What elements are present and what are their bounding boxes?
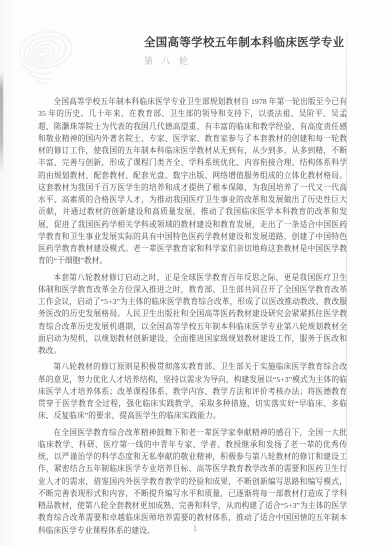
page-header: 全国高等学校五年制本科临床医学专业 第 八 轮 xyxy=(144,34,348,67)
series-title: 全国高等学校五年制本科临床医学专业 xyxy=(144,34,348,50)
page-number: 1 xyxy=(0,524,390,533)
body-paragraph: 全国高等学校五年制本科临床医学专业卫生部规划教材自 1978 年第一轮出版至今已… xyxy=(38,96,347,268)
edition-label: 第 八 轮 xyxy=(144,54,348,67)
preface-body: 全国高等学校五年制本科临床医学专业卫生部规划教材自 1978 年第一轮出版至今已… xyxy=(38,96,347,541)
document-page: 全国高等学校五年制本科临床医学专业 第 八 轮 全国高等学校五年制本科临床医学专… xyxy=(0,0,390,546)
publisher-watermark-icon xyxy=(8,20,80,96)
body-paragraph: 本套第八轮教材修订启动之时，正是全球医学教育百年反思之际，更是我国医疗卫生体制和… xyxy=(38,272,347,358)
body-paragraph: 在全国医学教育综合改革精神鼓舞下和老一辈医学家奉献精神的感召下，全国一大批临床教… xyxy=(38,427,347,537)
body-paragraph: 第八轮教材的修订原则是积极贯彻落实教育部、卫生部关于实施临床医学教育综合改革的意… xyxy=(38,361,347,422)
scan-edge-artifact xyxy=(0,72,3,172)
